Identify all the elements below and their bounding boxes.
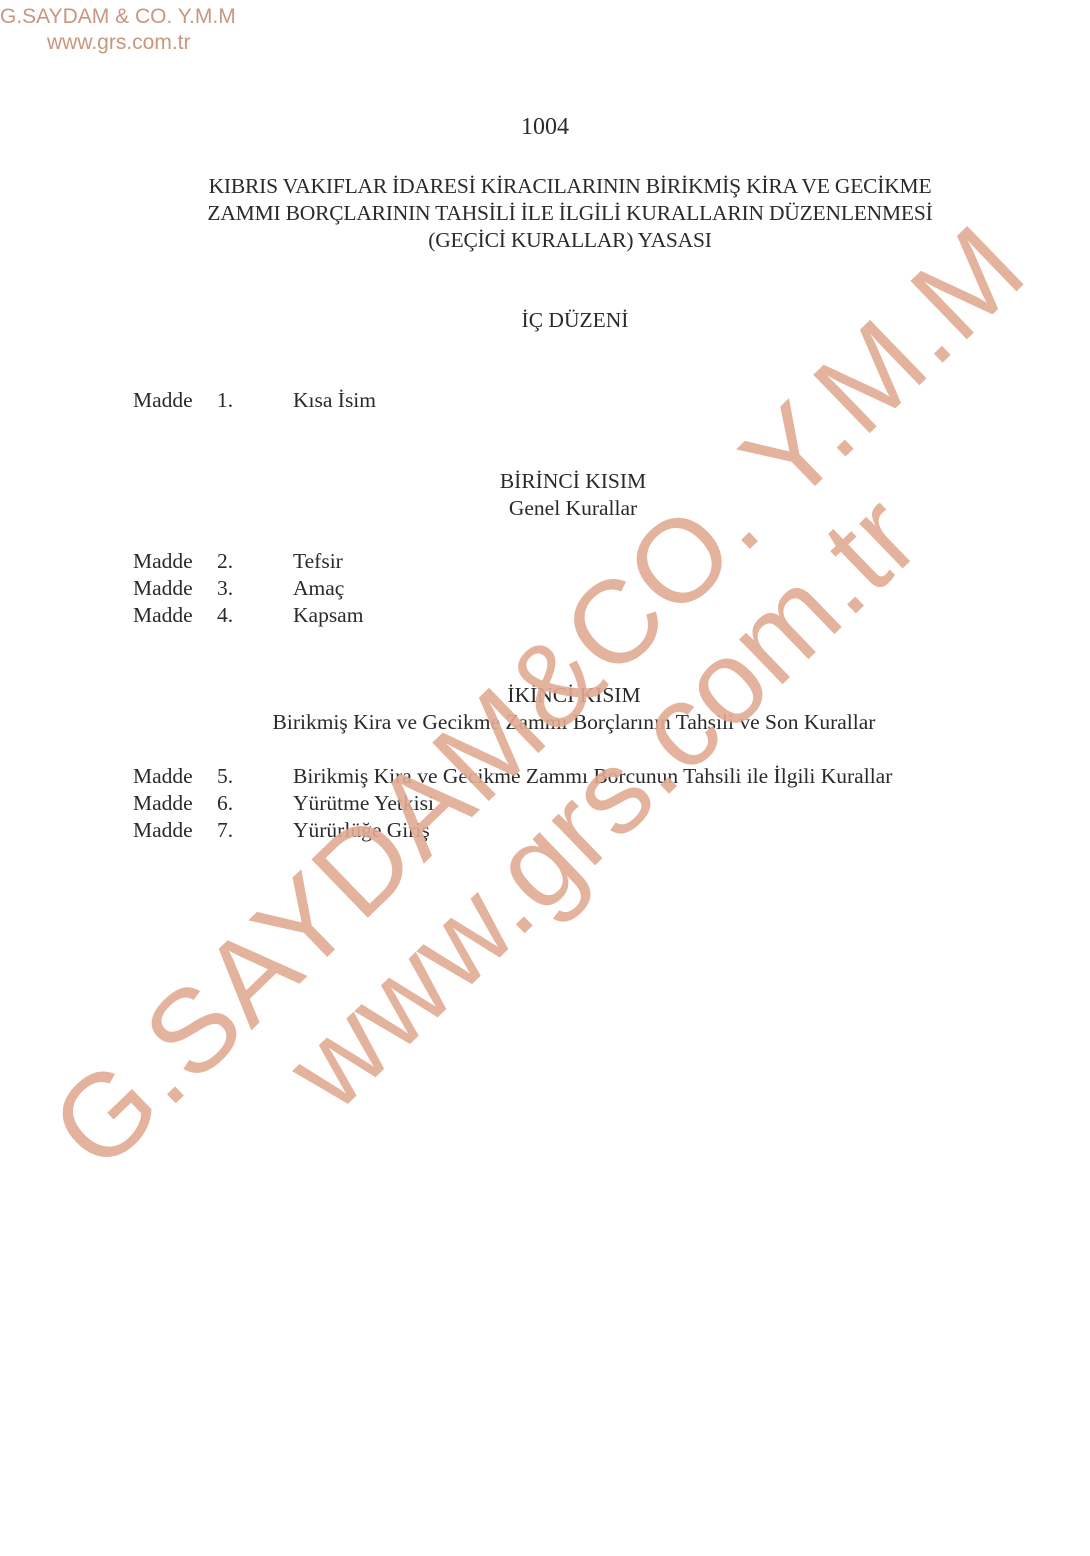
- law-title-line: ZAMMI BORÇLARININ TAHSİLİ İLE İLGİLİ KUR…: [150, 200, 990, 227]
- toc-item-title: Tefsir: [293, 549, 343, 573]
- law-title-line: (GEÇİCİ KURALLAR) YASASI: [150, 227, 990, 254]
- toc-item-label: Madde: [133, 548, 217, 575]
- toc-item-title: Kısa İsim: [293, 388, 376, 412]
- toc-item: Madde1.Kısa İsim: [133, 387, 376, 414]
- toc-item: Madde2.Tefsir: [133, 548, 343, 575]
- toc-item-number: 1.: [217, 387, 293, 414]
- toc-item-label: Madde: [133, 575, 217, 602]
- toc-item-label: Madde: [133, 387, 217, 414]
- page-number: 1004: [0, 114, 1090, 141]
- toc-item-title: Kapsam: [293, 603, 363, 627]
- toc-item-label: Madde: [133, 602, 217, 629]
- toc-item: Madde4.Kapsam: [133, 602, 363, 629]
- header-watermark-url: www.grs.com.tr: [0, 30, 236, 56]
- toc-item-number: 6.: [217, 790, 293, 817]
- toc-item-label: Madde: [133, 817, 217, 844]
- part-title: BİRİNCİ KISIM: [463, 468, 683, 495]
- header-watermark-company: G.SAYDAM & CO. Y.M.M: [0, 4, 236, 30]
- header-watermark: G.SAYDAM & CO. Y.M.M www.grs.com.tr: [0, 4, 236, 56]
- toc-item-number: 7.: [217, 817, 293, 844]
- law-title-line: KIBRIS VAKIFLAR İDARESİ KİRACILARININ Bİ…: [150, 173, 990, 200]
- toc-item: Madde3.Amaç: [133, 575, 344, 602]
- toc-item-number: 2.: [217, 548, 293, 575]
- law-title: KIBRIS VAKIFLAR İDARESİ KİRACILARININ Bİ…: [150, 173, 990, 254]
- toc-item-number: 3.: [217, 575, 293, 602]
- toc-item-title: Amaç: [293, 576, 344, 600]
- toc-item-number: 4.: [217, 602, 293, 629]
- toc-item-label: Madde: [133, 763, 217, 790]
- contents-heading: İÇ DÜZENİ: [465, 307, 685, 334]
- toc-item-number: 5.: [217, 763, 293, 790]
- toc-item-label: Madde: [133, 790, 217, 817]
